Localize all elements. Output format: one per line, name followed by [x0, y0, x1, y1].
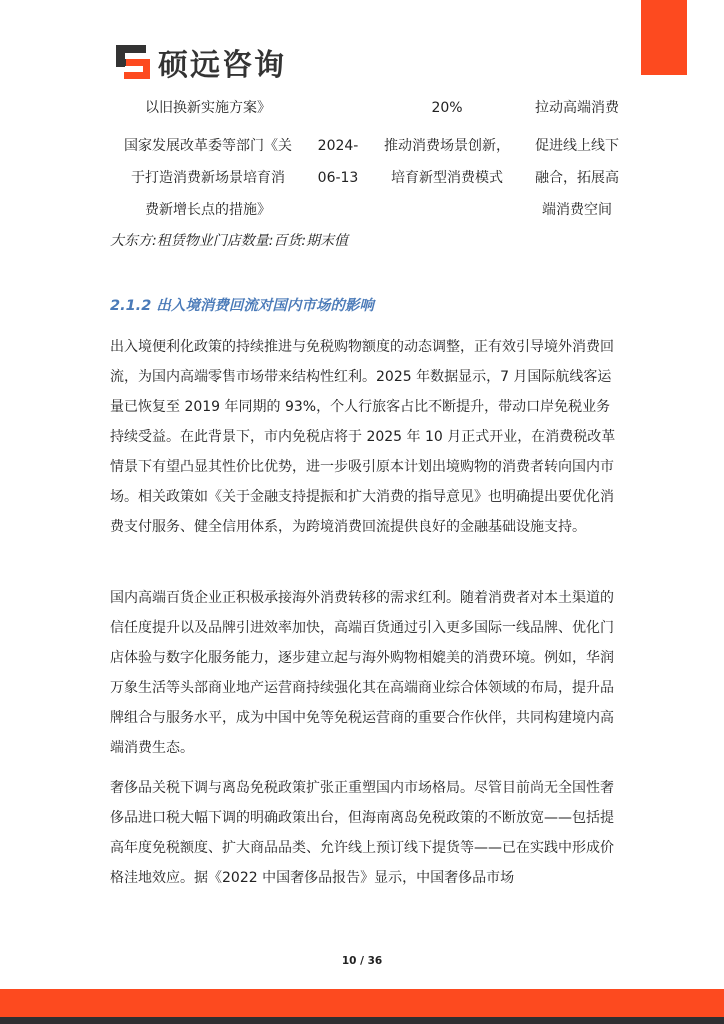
footer-dark-bar	[0, 1017, 724, 1024]
logo-mark-icon	[116, 45, 150, 79]
paragraph: 出入境便利化政策的持续推进与免税购物额度的动态调整，正有效引导境外消费回流，为国…	[110, 332, 620, 542]
date-cell: 2024- 06-13	[308, 130, 368, 226]
table-row: 以旧换新实施方案》 20% 拉动高端消费	[108, 92, 628, 124]
paragraph: 国内高端百货企业正积极承接海外消费转移的需求红利。随着消费者对本土渠道的信任度提…	[110, 583, 620, 763]
footer-accent-bar	[0, 989, 724, 1017]
section-heading: 2.1.2 出入境消费回流对国内市场的影响	[110, 294, 374, 315]
impact-cell: 促进线上线下 融合，拓展高 端消费空间	[526, 130, 628, 226]
source-note: 大东方:租赁物业门店数量:百货:期末值	[110, 230, 348, 250]
date-cell	[308, 92, 368, 124]
brand-logo: 硕远咨询	[116, 40, 286, 84]
page-number: 10 / 36	[0, 955, 724, 967]
impact-cell: 拉动高端消费	[526, 92, 628, 124]
table-row: 国家发展改革委等部门《关 于打造消费新场景培育消 费新增长点的措施》 2024-…	[108, 130, 628, 226]
corner-accent-tab	[641, 0, 687, 75]
paragraph: 奢侈品关税下调与离岛免税政策扩张正重塑国内市场格局。尽管目前尚无全国性奢侈品进口…	[110, 773, 620, 893]
measure-cell: 20%	[368, 92, 526, 124]
document-page: 硕远咨询 以旧换新实施方案》 20% 拉动高端消费 国家发展改革委等部门《关 于…	[0, 0, 724, 1024]
brand-name: 硕远咨询	[158, 40, 286, 84]
policy-name-cell: 国家发展改革委等部门《关 于打造消费新场景培育消 费新增长点的措施》	[108, 130, 308, 226]
measure-cell: 推动消费场景创新， 培育新型消费模式	[368, 130, 526, 226]
policy-name-cell: 以旧换新实施方案》	[108, 92, 308, 124]
policy-table: 以旧换新实施方案》 20% 拉动高端消费 国家发展改革委等部门《关 于打造消费新…	[108, 92, 628, 226]
